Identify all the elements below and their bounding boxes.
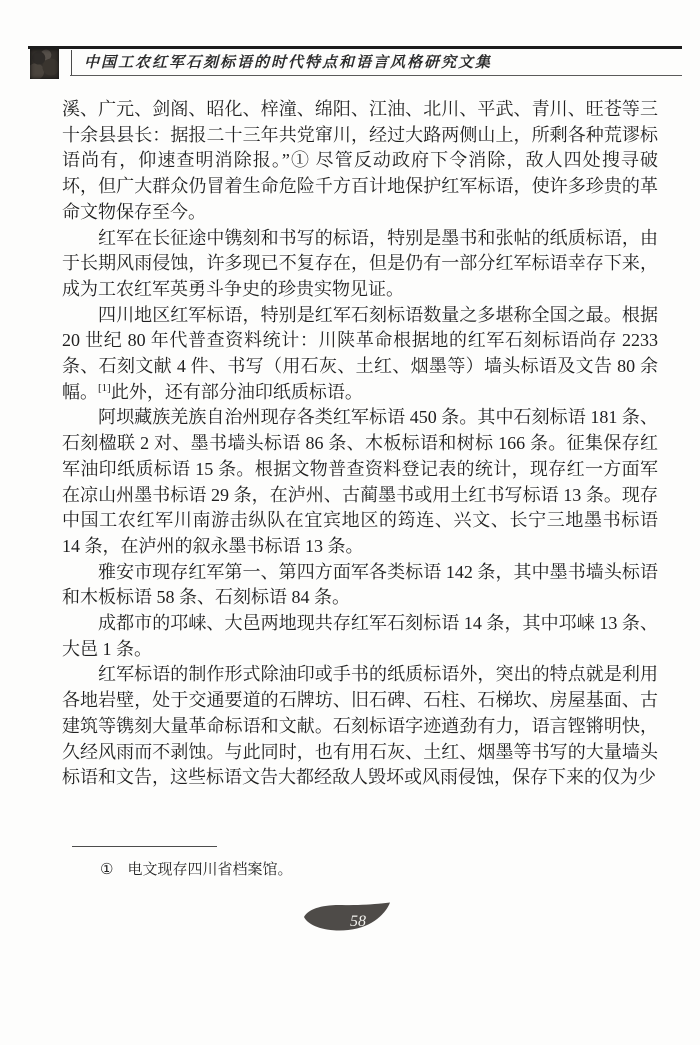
- footnote: ①电文现存四川省档案馆。: [100, 859, 560, 881]
- footnote-marker: ①: [100, 862, 113, 878]
- header-top-rule: [28, 46, 682, 49]
- page-number-ornament: 58: [302, 902, 392, 935]
- brush-stroke-icon: [304, 903, 390, 931]
- header-separator-line: [71, 50, 72, 75]
- ink-stamp-seal-icon: [30, 49, 59, 79]
- paragraph-continuation: 溪、广元、剑阁、昭化、梓潼、绵阳、江油、北川、平武、青川、旺苍等三十余县县长：据…: [62, 97, 658, 226]
- paragraph: 阿坝藏族羌族自治州现存各类红军标语 450 条。其中石刻标语 181 条、石刻楹…: [62, 405, 658, 559]
- footnote-text: 电文现存四川省档案馆。: [127, 862, 292, 878]
- endnote-reference: [1]: [98, 382, 111, 394]
- paragraph: 红军在长征途中镌刻和书写的标语，特别是墨书和张帖的纸质标语，由于长期风雨侵蚀，许…: [62, 226, 658, 303]
- book-page: { "header": { "title": "中国工农红军石刻标语的时代特点和…: [0, 0, 700, 1045]
- paragraph-text: 此外，还有部分油印纸质标语。: [111, 382, 363, 402]
- paragraph: 雅安市现存红军第一、第四方面军各类标语 142 条，其中墨书墙头标语和木板标语 …: [62, 560, 658, 611]
- header-bottom-rule: [70, 75, 682, 76]
- page-number: 58: [350, 913, 366, 930]
- paragraph: 四川地区红军标语，特别是红军石刻标语数量之多堪称全国之最。根据 20 世纪 80…: [62, 303, 658, 406]
- footnote-divider: [72, 846, 217, 847]
- paragraph: 成都市的邛崃、大邑两地现共存红军石刻标语 14 条，其中邛崃 13 条、大邑 1…: [62, 611, 658, 662]
- page-body: 溪、广元、剑阁、昭化、梓潼、绵阳、江油、北川、平武、青川、旺苍等三十余县县长：据…: [62, 97, 658, 791]
- running-header-title: 中国工农红军石刻标语的时代特点和语言风格研究文集: [84, 52, 644, 74]
- paragraph: 红军标语的制作形式除油印或手书的纸质标语外，突出的特点就是利用各地岩壁，处于交通…: [62, 662, 658, 791]
